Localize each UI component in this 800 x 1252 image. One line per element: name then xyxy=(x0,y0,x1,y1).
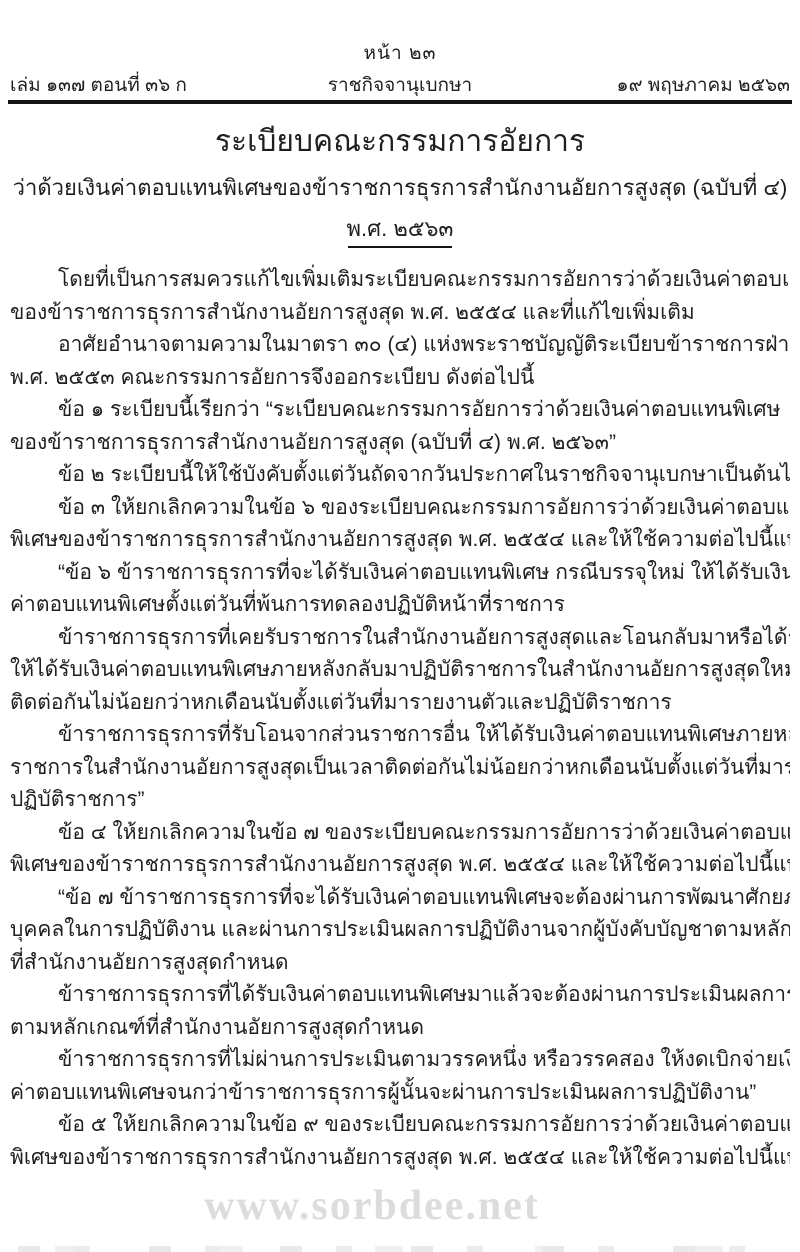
paragraph: โดยที่เป็นการสมควรแก้ไขเพิ่มเติมระเบียบค… xyxy=(10,264,790,329)
body-line: ข้อ ๑ ระเบียบนี้เรียกว่า “ระเบียบคณะกรรม… xyxy=(10,394,790,427)
paragraph: “ข้อ ๗ ข้าราชการธุรการที่จะได้รับเงินค่า… xyxy=(10,882,790,980)
regulation-title: ระเบียบคณะกรรมการอัยการ xyxy=(0,118,800,165)
body-line: ปฏิบัติราชการ” xyxy=(10,784,790,817)
body-line: ติดต่อกันไม่น้อยกว่าหกเดือนนับตั้งแต่วัน… xyxy=(10,687,790,720)
body-line: “ข้อ ๗ ข้าราชการธุรการที่จะได้รับเงินค่า… xyxy=(10,882,790,915)
body-line: อาศัยอำนาจตามความในมาตรา ๓๐ (๔) แห่งพระร… xyxy=(10,329,790,362)
body-line: พิเศษของข้าราชการธุรการสำนักงานอัยการสูง… xyxy=(10,849,790,882)
paragraph: ข้อ ๓ ให้ยกเลิกความในข้อ ๖ ของระเบียบคณะ… xyxy=(10,492,790,557)
page-number-label: หน้า ๒๓ xyxy=(0,38,800,68)
body-line: “ข้อ ๖ ข้าราชการธุรการที่จะได้รับเงินค่า… xyxy=(10,557,790,590)
body-line: บุคคลในการปฏิบัติงาน และผ่านการประเมินผล… xyxy=(10,914,790,947)
body-line: พิเศษของข้าราชการธุรการสำนักงานอัยการสูง… xyxy=(10,524,790,557)
regulation-subtitle: ว่าด้วยเงินค่าตอบแทนพิเศษของข้าราชการธุร… xyxy=(0,170,800,205)
paragraph: ข้อ ๒ ระเบียบนี้ให้ใช้บังคับตั้งแต่วันถั… xyxy=(10,459,790,492)
body-line: ที่สำนักงานอัยการสูงสุดกำหนด xyxy=(10,947,790,980)
next-line-cutoff xyxy=(0,1246,800,1252)
body-line: ข้อ ๕ ให้ยกเลิกความในข้อ ๙ ของระเบียบคณะ… xyxy=(10,1109,790,1142)
body-line: ข้อ ๒ ระเบียบนี้ให้ใช้บังคับตั้งแต่วันถั… xyxy=(10,459,790,492)
publication-date: ๑๙ พฤษภาคม ๒๕๖๓ xyxy=(617,70,790,100)
regulation-year: พ.ศ. ๒๕๖๓ xyxy=(0,211,800,246)
paragraph: อาศัยอำนาจตามความในมาตรา ๓๐ (๔) แห่งพระร… xyxy=(10,329,790,394)
watermark-text: www.sorbdee.net xyxy=(0,1182,744,1230)
body-line: ข้อ ๔ ให้ยกเลิกความในข้อ ๗ ของระเบียบคณะ… xyxy=(10,817,790,850)
body-line: ข้อ ๓ ให้ยกเลิกความในข้อ ๖ ของระเบียบคณะ… xyxy=(10,492,790,525)
body-line: ข้าราชการธุรการที่เคยรับราชการในสำนักงาน… xyxy=(10,622,790,655)
document-body: โดยที่เป็นการสมควรแก้ไขเพิ่มเติมระเบียบค… xyxy=(10,264,790,1174)
gazette-page: หน้า ๒๓ เล่ม ๑๓๗ ตอนที่ ๓๖ ก ราชกิจจานุเ… xyxy=(0,0,800,1252)
paragraph: “ข้อ ๖ ข้าราชการธุรการที่จะได้รับเงินค่า… xyxy=(10,557,790,622)
paragraph: ข้าราชการธุรการที่ได้รับเงินค่าตอบแทนพิเ… xyxy=(10,979,790,1044)
body-line: ข้าราชการธุรการที่ได้รับเงินค่าตอบแทนพิเ… xyxy=(10,979,790,1012)
paragraph: ข้อ ๑ ระเบียบนี้เรียกว่า “ระเบียบคณะกรรม… xyxy=(10,394,790,459)
gazette-header: เล่ม ๑๓๗ ตอนที่ ๓๖ ก ราชกิจจานุเบกษา ๑๙ … xyxy=(10,70,790,96)
body-line: ให้ได้รับเงินค่าตอบแทนพิเศษภายหลังกลับมา… xyxy=(10,654,790,687)
paragraph: ข้อ ๔ ให้ยกเลิกความในข้อ ๗ ของระเบียบคณะ… xyxy=(10,817,790,882)
body-line: ตามหลักเกณฑ์ที่สำนักงานอัยการสูงสุดกำหนด xyxy=(10,1012,790,1045)
body-line: ข้าราชการธุรการที่รับโอนจากส่วนราชการอื่… xyxy=(10,719,790,752)
body-line: พ.ศ. ๒๕๕๓ คณะกรรมการอัยการจึงออกระเบียบ … xyxy=(10,362,790,395)
paragraph: ข้าราชการธุรการที่ไม่ผ่านการประเมินตามวร… xyxy=(10,1044,790,1109)
body-line: พิเศษของข้าราชการธุรการสำนักงานอัยการสูง… xyxy=(10,1142,790,1175)
paragraph: ข้าราชการธุรการที่รับโอนจากส่วนราชการอื่… xyxy=(10,719,790,817)
paragraph: ข้อ ๕ ให้ยกเลิกความในข้อ ๙ ของระเบียบคณะ… xyxy=(10,1109,790,1174)
paragraph: ข้าราชการธุรการที่เคยรับราชการในสำนักงาน… xyxy=(10,622,790,720)
body-line: ราชการในสำนักงานอัยการสูงสุดเป็นเวลาติดต… xyxy=(10,752,790,785)
body-line: โดยที่เป็นการสมควรแก้ไขเพิ่มเติมระเบียบค… xyxy=(10,264,790,297)
title-divider xyxy=(348,246,452,248)
body-line: ค่าตอบแทนพิเศษจนกว่าข้าราชการธุรการผู้นั… xyxy=(10,1077,790,1110)
header-divider xyxy=(8,100,792,104)
body-line: ของข้าราชการธุรการสำนักงานอัยการสูงสุด (… xyxy=(10,427,790,460)
body-line: ของข้าราชการธุรการสำนักงานอัยการสูงสุด พ… xyxy=(10,297,790,330)
body-line: ข้าราชการธุรการที่ไม่ผ่านการประเมินตามวร… xyxy=(10,1044,790,1077)
body-line: ค่าตอบแทนพิเศษตั้งแต่วันที่พ้นการทดลองปฏ… xyxy=(10,589,790,622)
